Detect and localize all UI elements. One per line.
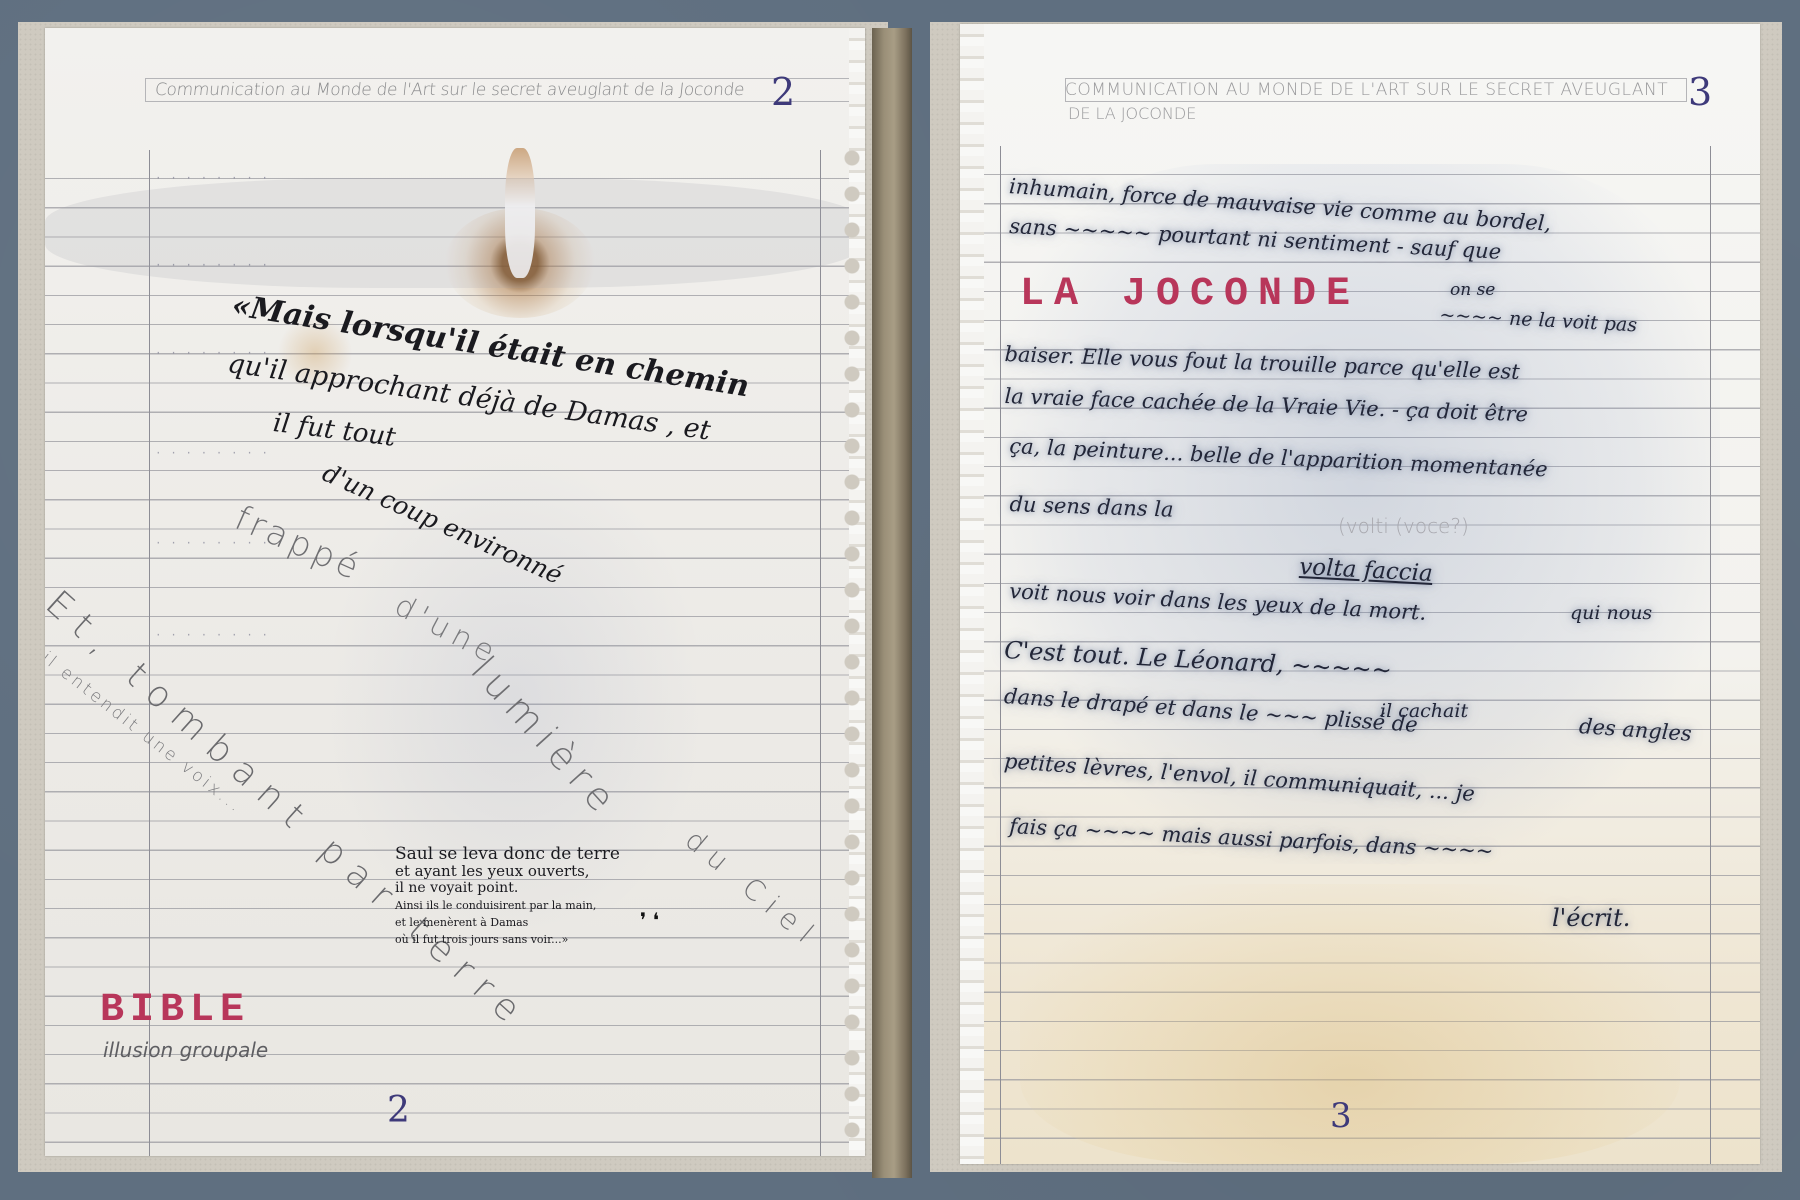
text-line-3: on se — [1450, 280, 1495, 300]
saul-line-4: Ainsi ils le conduisirent par la main, — [395, 897, 620, 914]
joconde-stamp: LA JOCONDE — [1020, 272, 1360, 317]
saul-line-2: et ayant les yeux ouverts, — [395, 863, 620, 880]
right-page: COMMUNICATION AU MONDE DE L'ART SUR LE S… — [960, 24, 1760, 1164]
page-number-bottom: 2 — [387, 1090, 410, 1131]
header-pencil-line-2: DE LA JOCONDE — [1068, 104, 1196, 123]
text-line-12: qui nous — [1570, 602, 1652, 624]
left-page: Communication au Monde de l'Art sur le s… — [45, 28, 865, 1156]
saul-line-1: Saul se leva donc de terre — [395, 846, 620, 863]
margin-stamp-mark: · · · · · · · · — [155, 173, 269, 185]
header-pencil-line-1: COMMUNICATION AU MONDE DE L'ART SUR LE S… — [1065, 80, 1668, 100]
saul-line-3: il ne voyait point. — [395, 880, 620, 897]
header-pencil-text: Communication au Monde de l'Art sur le s… — [154, 80, 745, 100]
margin-stamp-mark: · · · · · · · · — [155, 260, 269, 272]
text-line-19: l'écrit. — [1552, 904, 1630, 932]
margin-line-right — [820, 150, 821, 1156]
ink-marks: ❜ ❛ — [640, 908, 659, 932]
text-line-9-pencil-note: (volti (voce?) — [1338, 514, 1469, 538]
saul-line-6: où il fut trois jours sans voir...» — [395, 931, 620, 948]
page-number-bottom: 3 — [1330, 1096, 1352, 1136]
margin-line-right — [1710, 146, 1711, 1164]
margin-stamp-mark: · · · · · · · · — [155, 448, 269, 460]
saul-passage: Saul se leva donc de terre et ayant les … — [395, 846, 620, 948]
torn-edge — [960, 24, 984, 1164]
book-spine — [872, 28, 912, 1178]
page-number-top: 2 — [771, 70, 795, 114]
margin-line — [1000, 146, 1001, 1164]
margin-stamp-mark: · · · · · · · · — [155, 630, 269, 642]
bible-stamp: BIBLE — [100, 988, 250, 1033]
bible-caption: illusion groupale — [103, 1038, 268, 1062]
saul-line-5: et le menèrent à Damas — [395, 914, 620, 931]
page-number-top: 3 — [1688, 70, 1712, 114]
perforation-holes — [835, 140, 869, 1150]
